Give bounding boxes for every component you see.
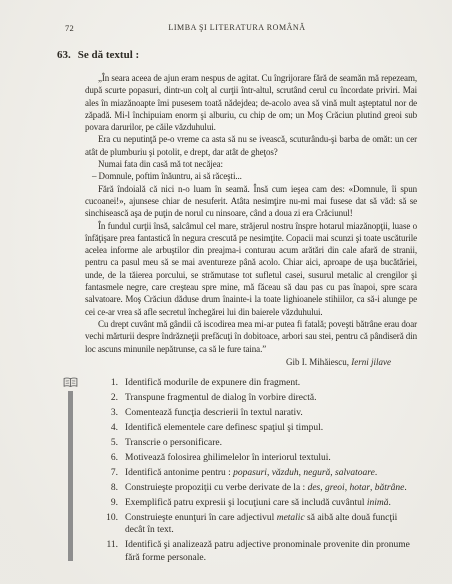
- open-book-icon: [63, 377, 78, 388]
- exercise-title: Se dă textul :: [78, 49, 139, 61]
- questions-section: 1.Identifică modurile de expunere din fr…: [57, 377, 417, 564]
- question-item: 11.Identifică şi analizează patru adject…: [100, 539, 417, 564]
- question-item: 5.Transcrie o personificare.: [100, 437, 417, 449]
- question-number: 5.: [100, 437, 118, 449]
- question-text: Identifică antonime pentru : popasuri, v…: [125, 467, 377, 479]
- passage-paragraph: Era cu neputinţă pe-o vreme ca asta să n…: [85, 133, 417, 158]
- question-text: Identifică elementele care definesc spaţ…: [125, 422, 323, 434]
- question-item: 8.Construieşte propoziţii cu verbe deriv…: [100, 482, 417, 494]
- exercise-number: 63.: [57, 49, 71, 61]
- page-number: 72: [65, 23, 74, 33]
- question-item: 4.Identifică elementele care definesc sp…: [100, 422, 417, 434]
- running-header-title: LIMBA ŞI LITERATURA ROMÂNĂ: [57, 23, 417, 32]
- attribution: Gib I. Mihăiescu, Ierni jilave: [57, 357, 417, 367]
- question-number: 9.: [100, 497, 118, 509]
- question-text: Identifică modurile de expunere din frag…: [125, 377, 300, 389]
- question-number: 6.: [100, 452, 118, 464]
- passage-paragraph: În fundul curţii însă, salcâmul cel mare…: [85, 220, 417, 318]
- question-text: Exemplifică patru expresii şi locuţiuni …: [125, 497, 391, 509]
- question-number: 4.: [100, 422, 118, 434]
- passage-paragraph: Numai fata din casă mă tot necăjea:: [85, 158, 417, 170]
- passage-text: „În seara aceea de ajun eram nespus de a…: [85, 72, 417, 355]
- question-number: 10.: [100, 512, 118, 537]
- question-number: 1.: [100, 377, 118, 389]
- question-text: Transcrie o personificare.: [125, 437, 222, 449]
- question-item: 7.Identifică antonime pentru : popasuri,…: [100, 467, 417, 479]
- question-item: 6.Motivează folosirea ghilimelelor în in…: [100, 452, 417, 464]
- question-text: Motivează folosirea ghilimelelor în inte…: [125, 452, 331, 464]
- page-content: 63. Se dă textul : „În seara aceea de aj…: [57, 49, 417, 567]
- questions-accent-bar: [68, 391, 73, 561]
- running-header: 72 LIMBA ŞI LITERATURA ROMÂNĂ: [57, 23, 417, 35]
- exercise-heading: 63. Se dă textul :: [57, 49, 417, 61]
- question-text: Transpune fragmentul de dialog în vorbir…: [125, 392, 316, 404]
- question-number: 8.: [100, 482, 118, 494]
- question-number: 7.: [100, 467, 118, 479]
- question-item: 3.Comentează funcţia descrierii în textu…: [100, 407, 417, 419]
- attribution-author: Gib I. Mihăiescu,: [286, 357, 351, 367]
- book-page: 72 LIMBA ŞI LITERATURA ROMÂNĂ 63. Se dă …: [0, 0, 452, 584]
- question-item: 10.Construieşte enunţuri în care adjecti…: [100, 512, 417, 537]
- attribution-work-title: Ierni jilave: [351, 357, 391, 367]
- question-number: 2.: [100, 392, 118, 404]
- question-number: 3.: [100, 407, 118, 419]
- question-number: 11.: [100, 539, 118, 564]
- question-text: Identifică şi analizează patru adjective…: [125, 539, 417, 564]
- passage-paragraph: Fără îndoială că nici n-o luam în seamă.…: [85, 183, 417, 220]
- question-item: 9.Exemplifică patru expresii şi locuţiun…: [100, 497, 417, 509]
- question-item: 2.Transpune fragmentul de dialog în vorb…: [100, 392, 417, 404]
- passage-paragraph: „În seara aceea de ajun eram nespus de a…: [85, 72, 417, 133]
- passage-dialog-line: – Domnule, poftim înăuntru, ai să răceşt…: [85, 170, 417, 182]
- passage-paragraph: Cu drept cuvânt mă gândii că iscodirea m…: [85, 318, 417, 355]
- questions-list: 1.Identifică modurile de expunere din fr…: [100, 377, 417, 564]
- question-text: Construieşte propoziţii cu verbe derivat…: [125, 482, 407, 494]
- question-text: Comentează funcţia descrierii în textul …: [125, 407, 303, 419]
- question-item: 1.Identifică modurile de expunere din fr…: [100, 377, 417, 389]
- question-text: Construieşte enunţuri în care adjectivul…: [125, 512, 417, 537]
